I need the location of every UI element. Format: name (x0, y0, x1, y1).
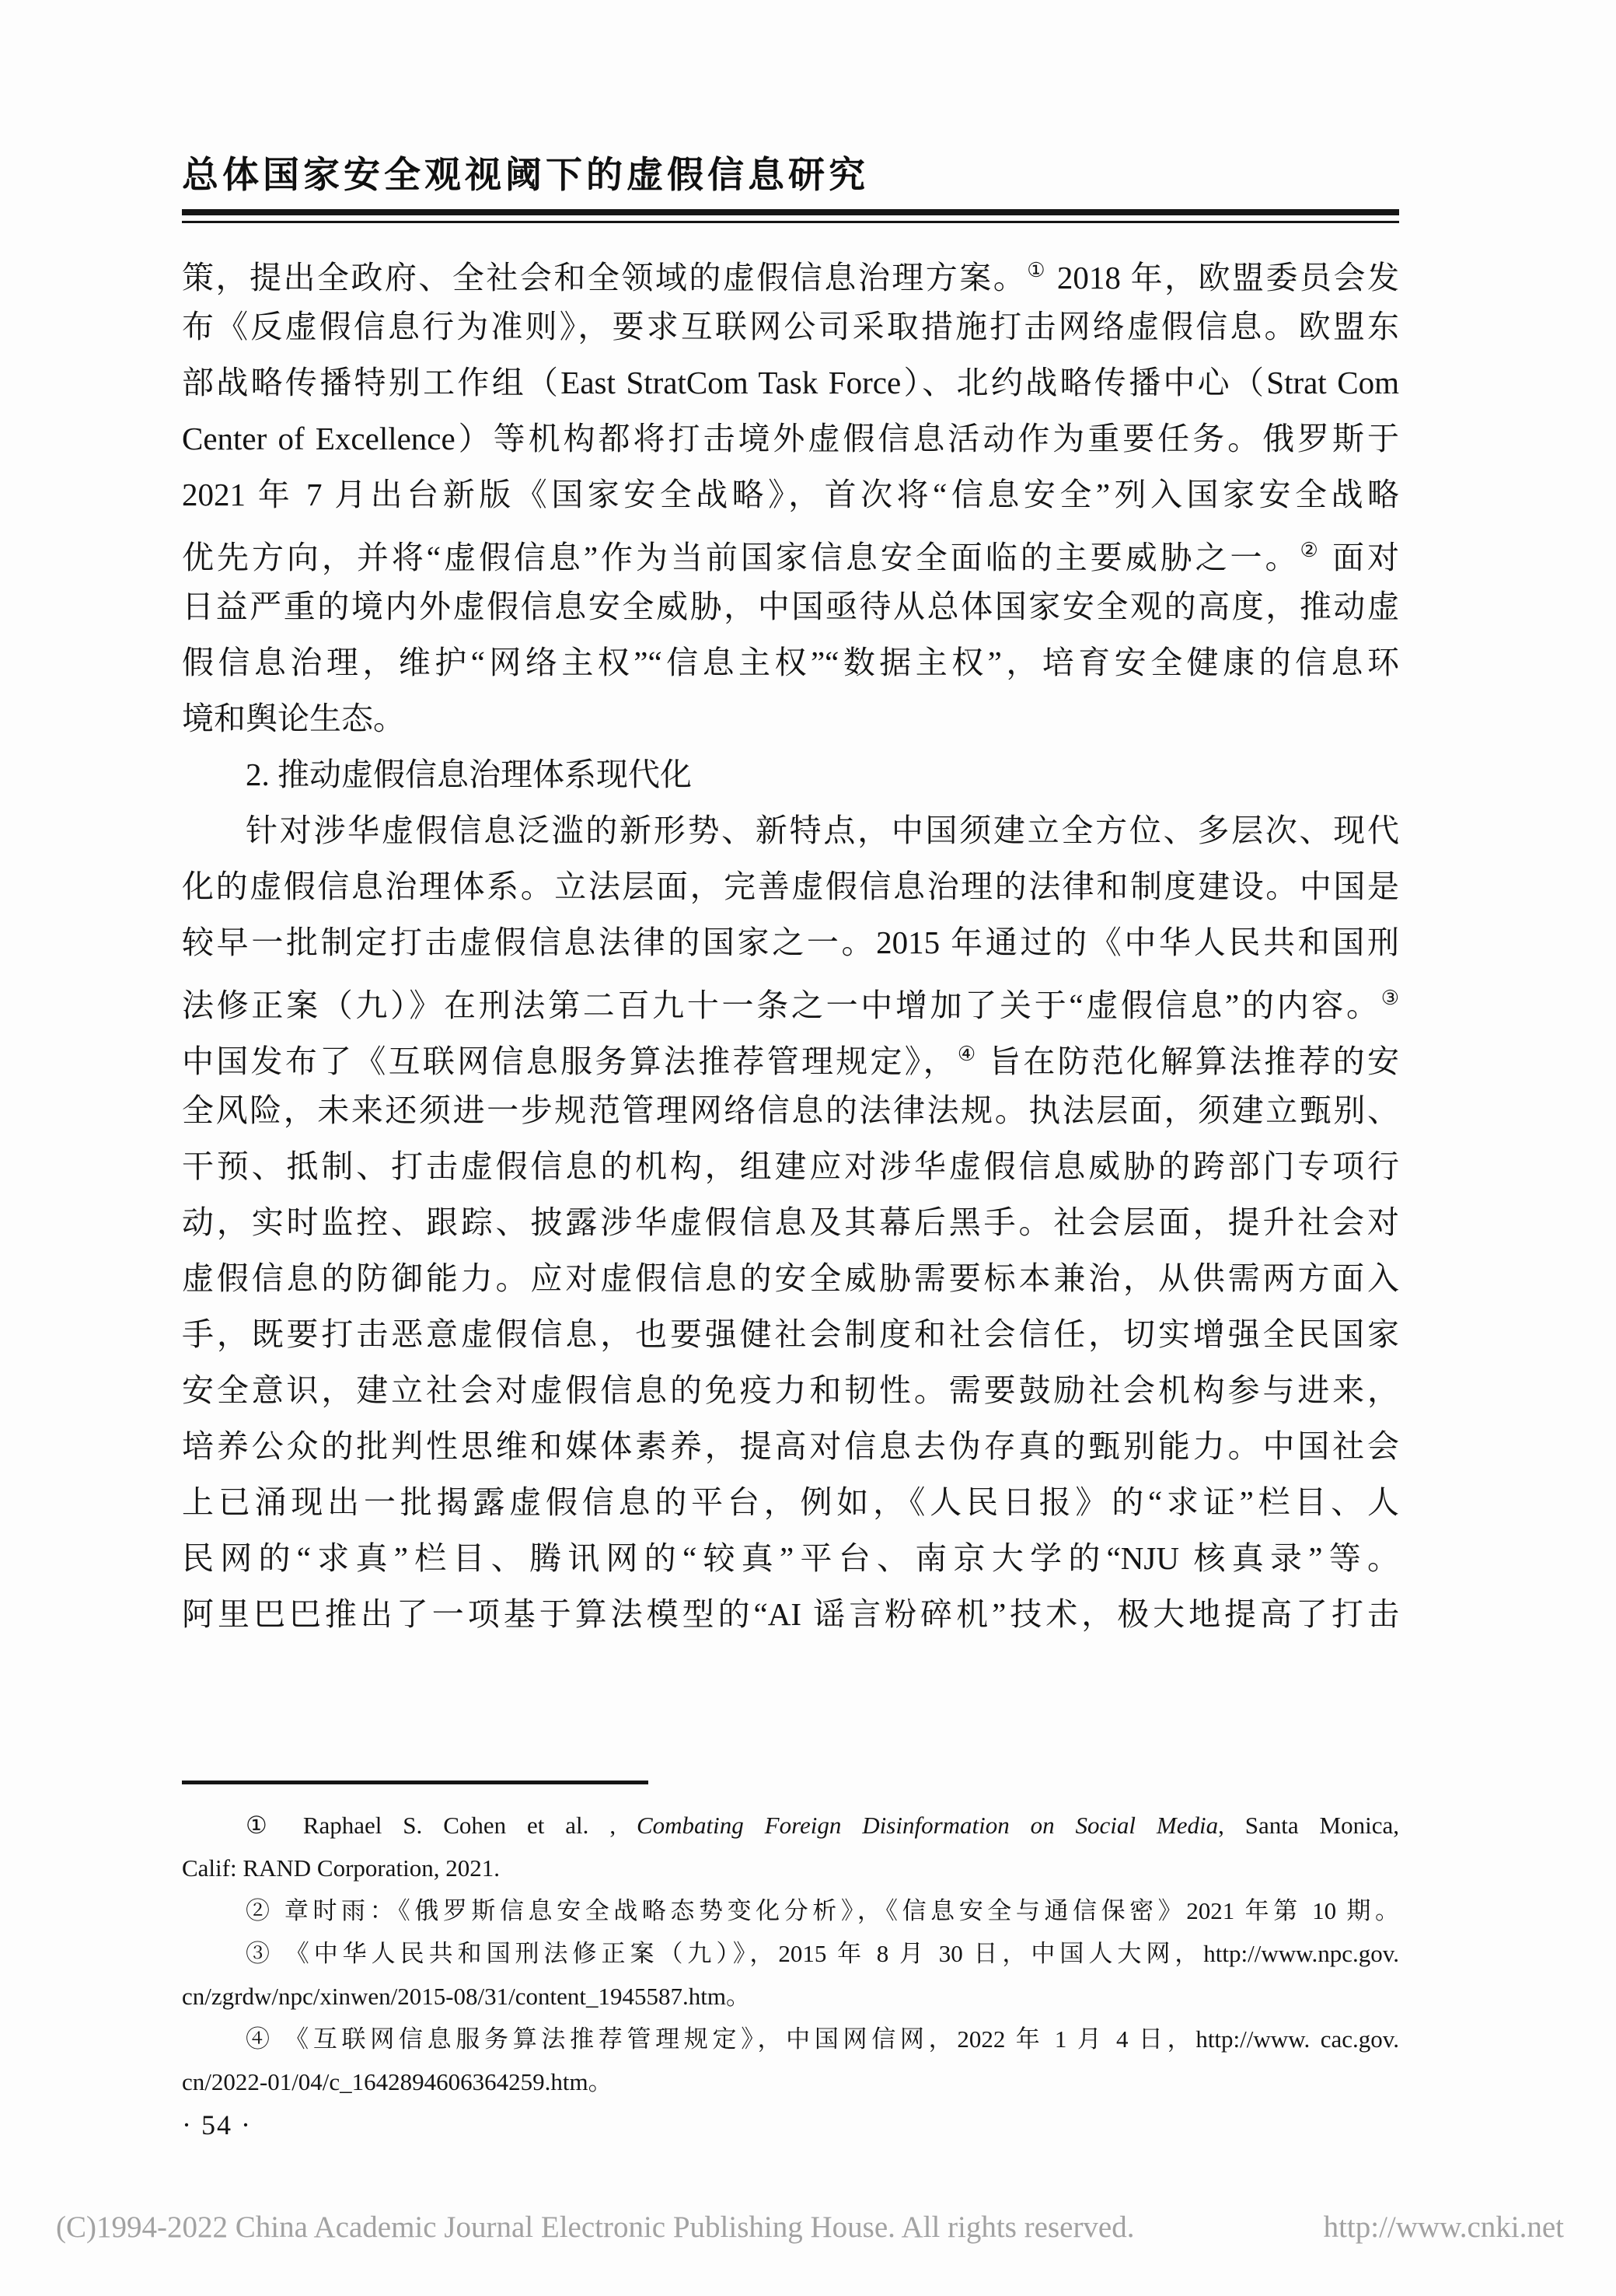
body-line: 2. 推动虚假信息治理体系现代化 (182, 746, 1399, 802)
document-page: 总体国家安全观视阈下的虚假信息研究 策，提出全政府、全社会和全领域的虚假信息治理… (0, 0, 1616, 2296)
copyright-footer: (C)1994-2022 China Academic Journal Elec… (56, 2210, 1564, 2245)
text-run: 较早一批制定打击虚假信息法律的国家之一。2015 年通过的《中华人民共和国刑 (182, 924, 1399, 960)
text-run: cn/2022-01/04/c_1642894606364259.htm。 (182, 2068, 613, 2095)
page-number: · 54 · (182, 2109, 252, 2141)
body-line: 2021 年 7 月出台新版《国家安全战略》，首次将“信息安全”列入国家安全战略 (182, 467, 1399, 522)
body-line: 化的虚假信息治理体系。立法层面，完善虚假信息治理的法律和制度建设。中国是 (182, 858, 1399, 914)
body-text: 策，提出全政府、全社会和全领域的虚假信息治理方案。① 2018 年，欧盟委员会发… (182, 243, 1399, 1642)
footnotes: ① Raphael S. Cohen et al. , Combating Fo… (182, 1804, 1399, 2103)
body-line: 优先方向，并将“虚假信息”作为当前国家信息安全面临的主要威胁之一。② 面对 (182, 522, 1399, 578)
text-run: 干预、抵制、打击虚假信息的机构，组建应对涉华虚假信息威胁的跨部门专项行 (182, 1148, 1399, 1184)
text-run: 中国发布了《互联网信息服务算法推荐管理规定》， (182, 1043, 958, 1079)
text-run: Center of Excellence）等机构都将打击境外虚假信息活动作为重要… (182, 421, 1399, 456)
footnote-line: ④ 《互联网信息服务算法推荐管理规定》，中国网信网，2022 年 1 月 4 日… (182, 2018, 1399, 2060)
text-run: 2018 年，欧盟委员会发 (1047, 260, 1399, 295)
footnote-line: ③ 《中华人民共和国刑法修正案（九）》，2015 年 8 月 30 日，中国人大… (182, 1932, 1399, 1975)
body-line: 民网的“求真”栏目、腾讯网的“较真”平台、南京大学的“NJU 核真录”等。 (182, 1530, 1399, 1586)
text-run: 针对涉华虚假信息泛滥的新形势、新特点，中国须建立全方位、多层次、现代 (246, 813, 1399, 848)
text-run: 动，实时监控、跟踪、披露涉华虚假信息及其幕后黑手。社会层面，提升社会对 (182, 1204, 1399, 1240)
body-line: Center of Excellence）等机构都将打击境外虚假信息活动作为重要… (182, 411, 1399, 467)
text-run: ④ 《互联网信息服务算法推荐管理规定》，中国网信网，2022 年 1 月 4 日… (246, 2025, 1399, 2053)
text-run: 法修正案（九）》在刑法第二百九十一条之一中增加了关于“虚假信息”的内容。 (182, 987, 1381, 1023)
footnote-ref-marker: ④ (958, 1043, 979, 1065)
text-run: ② 章时雨：《俄罗斯信息安全战略态势变化分析》，《信息安全与通信保密》2021 … (246, 1897, 1399, 1924)
text-run: ③ 《中华人民共和国刑法修正案（九）》，2015 年 8 月 30 日，中国人大… (246, 1940, 1399, 1967)
body-line: 日益严重的境内外虚假信息安全威胁，中国亟待从总体国家安全观的高度，推动虚 (182, 578, 1399, 634)
title-rule-thin (182, 221, 1399, 223)
body-line: 法修正案（九）》在刑法第二百九十一条之一中增加了关于“虚假信息”的内容。③ (182, 970, 1399, 1026)
body-line: 安全意识，建立社会对虚假信息的免疫力和韧性。需要鼓励社会机构参与进来， (182, 1362, 1399, 1418)
body-line: 境和舆论生态。 (182, 690, 1399, 746)
page-header: 总体国家安全观视阈下的虚假信息研究 (182, 146, 1399, 223)
body-line: 干预、抵制、打击虚假信息的机构，组建应对涉华虚假信息威胁的跨部门专项行 (182, 1138, 1399, 1194)
body-line: 较早一批制定打击虚假信息法律的国家之一。2015 年通过的《中华人民共和国刑 (182, 914, 1399, 970)
text-run: 策，提出全政府、全社会和全领域的虚假信息治理方案。 (182, 260, 1027, 295)
text-run: 阿里巴巴推出了一项基于算法模型的“AI 谣言粉碎机”技术，极大地提高了打击 (182, 1596, 1399, 1632)
body-line: 布《反虚假信息行为准则》，要求互联网公司采取措施打击网络虚假信息。欧盟东 (182, 299, 1399, 355)
footnote-separator (182, 1781, 648, 1784)
body-line: 假信息治理，维护“网络主权”“信息主权”“数据主权”，培育安全健康的信息环 (182, 634, 1399, 690)
body-line: 全风险，未来还须进一步规范管理网络信息的法律法规。执法层面，须建立甄别、 (182, 1082, 1399, 1138)
text-run: 化的虚假信息治理体系。立法层面，完善虚假信息治理的法律和制度建设。中国是 (182, 868, 1399, 904)
footnote-line: ① Raphael S. Cohen et al. , Combating Fo… (182, 1804, 1399, 1847)
body-line: 手，既要打击恶意虚假信息，也要强健社会制度和社会信任，切实增强全民国家 (182, 1306, 1399, 1362)
text-run: 日益严重的境内外虚假信息安全威胁，中国亟待从总体国家安全观的高度，推动虚 (182, 589, 1399, 624)
body-line: 阿里巴巴推出了一项基于算法模型的“AI 谣言粉碎机”技术，极大地提高了打击 (182, 1586, 1399, 1642)
footnote-line: Calif: RAND Corporation, 2021. (182, 1847, 1399, 1889)
text-run: 旨在防范化解算法推荐的安 (978, 1043, 1399, 1079)
footnote-ref-marker: ① (1027, 259, 1047, 281)
text-run: 手，既要打击恶意虚假信息，也要强健社会制度和社会信任，切实增强全民国家 (182, 1316, 1399, 1352)
text-run: 布《反虚假信息行为准则》，要求互联网公司采取措施打击网络虚假信息。欧盟东 (182, 309, 1399, 344)
text-run: 2. 推动虚假信息治理体系现代化 (246, 757, 692, 792)
text-run: 安全意识，建立社会对虚假信息的免疫力和韧性。需要鼓励社会机构参与进来， (182, 1372, 1399, 1408)
text-run: 2021 年 7 月出台新版《国家安全战略》，首次将“信息安全”列入国家安全战略 (182, 477, 1399, 512)
page-title: 总体国家安全观视阈下的虚假信息研究 (182, 146, 1399, 198)
text-run: 境和舆论生态。 (182, 701, 405, 736)
text-run: , Santa Monica, (1218, 1812, 1399, 1839)
body-line: 针对涉华虚假信息泛滥的新形势、新特点，中国须建立全方位、多层次、现代 (182, 802, 1399, 858)
text-run: 假信息治理，维护“网络主权”“信息主权”“数据主权”，培育安全健康的信息环 (182, 645, 1399, 680)
text-run: Calif: RAND Corporation, 2021. (182, 1854, 500, 1882)
text-run: 部战略传播特别工作组（East StratCom Task Force）、北约战… (182, 365, 1399, 400)
text-run: 民网的“求真”栏目、腾讯网的“较真”平台、南京大学的“NJU 核真录”等。 (182, 1540, 1399, 1576)
copyright-text: (C)1994-2022 China Academic Journal Elec… (56, 2210, 1135, 2245)
text-run: 培养公众的批判性思维和媒体素养，提高对信息去伪存真的甄别能力。中国社会 (182, 1428, 1399, 1464)
footer-url: http://www.cnki.net (1324, 2210, 1564, 2245)
text-run: 虚假信息的防御能力。应对虚假信息的安全威胁需要标本兼治，从供需两方面入 (182, 1260, 1399, 1296)
text-run: 上已涌现出一批揭露虚假信息的平台，例如，《人民日报》的“求证”栏目、人 (182, 1484, 1399, 1520)
book-title-italic: Combating Foreign Disinformation on Soci… (637, 1812, 1218, 1839)
body-line: 虚假信息的防御能力。应对虚假信息的安全威胁需要标本兼治，从供需两方面入 (182, 1250, 1399, 1306)
body-line: 部战略传播特别工作组（East StratCom Task Force）、北约战… (182, 355, 1399, 411)
text-run: 面对 (1321, 540, 1399, 575)
text-run: ① Raphael S. Cohen et al. , (246, 1812, 637, 1839)
footnote-line: cn/2022-01/04/c_1642894606364259.htm。 (182, 2060, 1399, 2103)
footnote-line: ② 章时雨：《俄罗斯信息安全战略态势变化分析》，《信息安全与通信保密》2021 … (182, 1889, 1399, 1932)
footnote-line: cn/zgrdw/npc/xinwen/2015-08/31/content_1… (182, 1975, 1399, 2018)
text-run: cn/zgrdw/npc/xinwen/2015-08/31/content_1… (182, 1983, 750, 2010)
body-line: 策，提出全政府、全社会和全领域的虚假信息治理方案。① 2018 年，欧盟委员会发 (182, 243, 1399, 299)
footnote-ref-marker: ③ (1381, 987, 1399, 1009)
body-line: 培养公众的批判性思维和媒体素养，提高对信息去伪存真的甄别能力。中国社会 (182, 1418, 1399, 1474)
body-line: 动，实时监控、跟踪、披露涉华虚假信息及其幕后黑手。社会层面，提升社会对 (182, 1194, 1399, 1250)
body-line: 中国发布了《互联网信息服务算法推荐管理规定》，④ 旨在防范化解算法推荐的安 (182, 1026, 1399, 1082)
footnote-ref-marker: ② (1300, 539, 1321, 561)
title-rule-thick (182, 209, 1399, 215)
body-line: 上已涌现出一批揭露虚假信息的平台，例如，《人民日报》的“求证”栏目、人 (182, 1474, 1399, 1530)
text-run: 优先方向，并将“虚假信息”作为当前国家信息安全面临的主要威胁之一。 (182, 540, 1300, 575)
text-run: 全风险，未来还须进一步规范管理网络信息的法律法规。执法层面，须建立甄别、 (182, 1092, 1399, 1128)
